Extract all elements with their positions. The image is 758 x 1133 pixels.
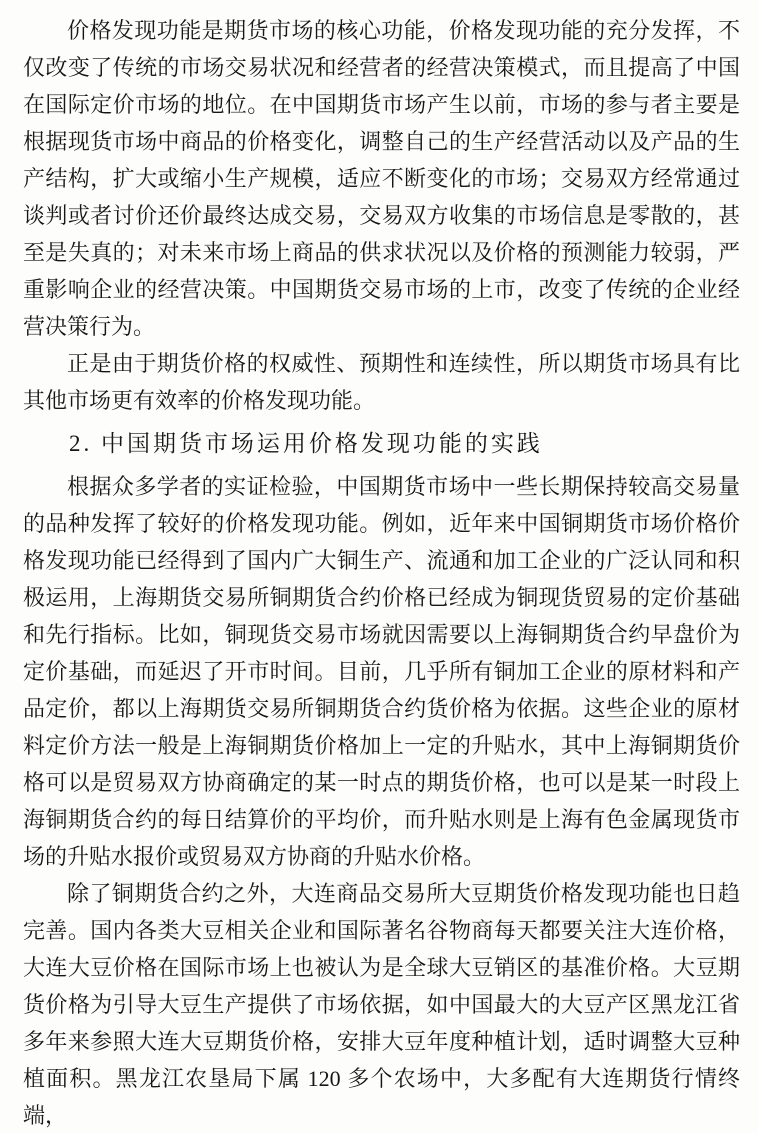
section-heading-practice: 2. 中国期货市场运用价格发现功能的实践 — [23, 425, 740, 462]
paragraph-futures-price-authority: 正是由于期货价格的权威性、预期性和连续性，所以期货市场具有比其他市场更有效率的价… — [23, 345, 740, 419]
paragraph-price-discovery-core: 价格发现功能是期货市场的核心功能，价格发现功能的充分发挥，不仅改变了传统的市场交… — [23, 12, 740, 345]
scanned-book-page: 价格发现功能是期货市场的核心功能，价格发现功能的充分发挥，不仅改变了传统的市场交… — [0, 0, 758, 1133]
paragraph-soybean-futures-practice: 除了铜期货合约之外，大连商品交易所大豆期货价格发现功能也日趋完善。国内各类大豆相… — [23, 875, 740, 1133]
paragraph-copper-futures-practice: 根据众多学者的实证检验，中国期货市场中一些长期保持较高交易量的品种发挥了较好的价… — [23, 468, 740, 875]
